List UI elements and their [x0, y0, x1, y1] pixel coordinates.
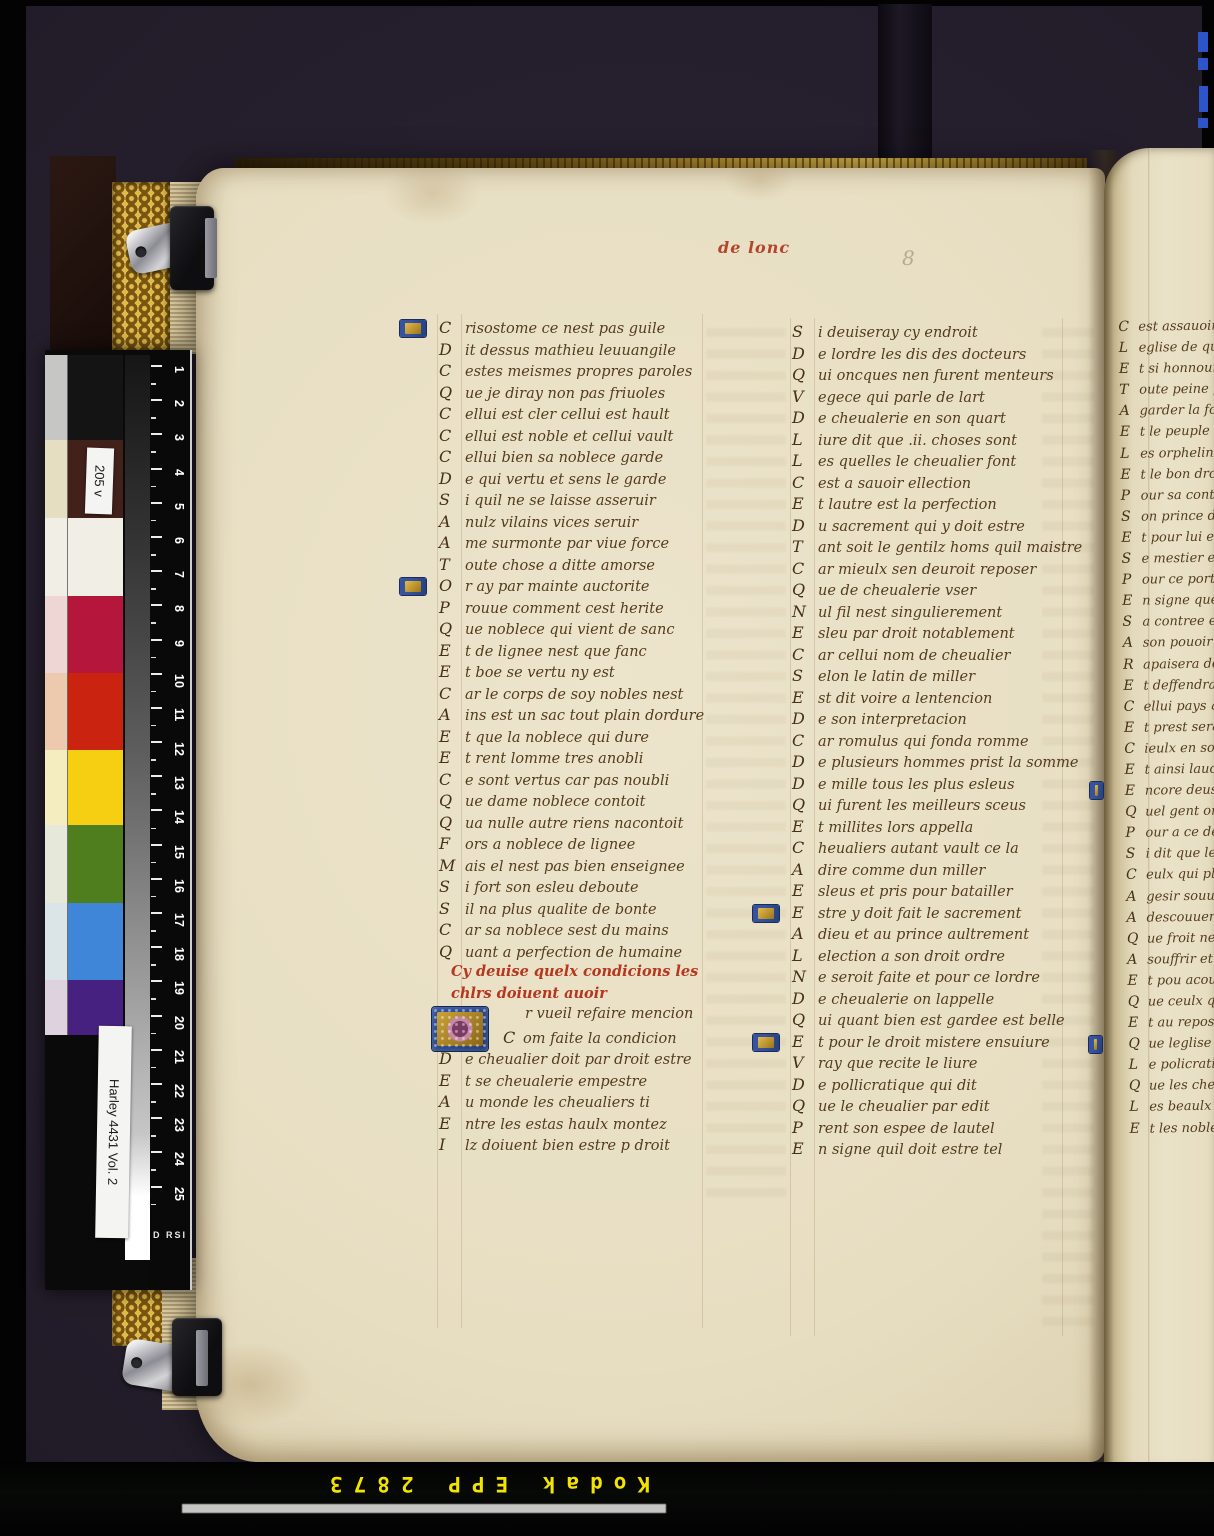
line-text: nulz vilains vices seruir — [465, 515, 638, 531]
ruler-mark: 16 — [150, 879, 190, 913]
line-initial: Q — [1126, 994, 1148, 1010]
color-patch-row — [45, 825, 123, 903]
line-text: egece qui parle de lart — [818, 390, 985, 406]
ruler-number: 15 — [172, 845, 190, 879]
manuscript-line: Et ainsi laucteur — [1122, 760, 1214, 783]
line-initial: C — [790, 559, 818, 578]
line-text: ins est un sac tout plain dordure — [465, 708, 704, 724]
manuscript-line: Que leglise ayent — [1126, 1034, 1214, 1057]
line-text: ue noblece qui vient de sanc — [465, 622, 674, 638]
line-text: ray que recite le liure — [818, 1056, 977, 1072]
line-text: es orphelins au — [1140, 445, 1214, 461]
ruler-scale: 1234567891011121314151617181920212223242… — [150, 366, 190, 1221]
ruler-mark: 13 — [150, 776, 190, 810]
line-text: e pollicratique qui dit — [818, 1078, 977, 1094]
manuscript-line: Et les nobles et ch — [1127, 1119, 1214, 1142]
manuscript-line: Ason pouoir en — [1121, 633, 1214, 656]
line-text: dieu et au prince aultrement — [818, 927, 1029, 943]
manuscript-line: De cheualerie en son quart — [790, 408, 1082, 430]
line-initial: E — [1125, 973, 1147, 989]
line-initial: Q — [1125, 930, 1147, 946]
ruler-mark: 3 — [150, 434, 190, 468]
manuscript-line: Fors a noblece de lignee — [437, 834, 704, 856]
manuscript-line: Qui oncques nen furent menteurs — [790, 365, 1082, 387]
line-initial: A — [1121, 635, 1143, 651]
color-patch — [68, 903, 123, 980]
manuscript-line: Or ay par mainte auctorite — [437, 576, 704, 598]
line-text: st dit voire a lentencion — [818, 691, 992, 707]
line-text: election a son droit ordre — [818, 949, 1005, 965]
ruler-number: 24 — [172, 1152, 190, 1186]
line-initial: Q — [790, 580, 818, 599]
line-initial: D — [790, 774, 818, 793]
line-initial: S — [1119, 508, 1141, 524]
manuscript-line: Cest assauoir qui — [1116, 317, 1214, 340]
line-initial: E — [1118, 466, 1140, 482]
line-text: our sa contree — [1141, 487, 1214, 503]
manuscript-line: Que de cheualerie vser — [790, 580, 1082, 602]
manuscript-line: Car sa noblece sest du mains — [437, 920, 704, 942]
line-text: i fort son esleu deboute — [465, 880, 639, 896]
line-initial: L — [790, 430, 818, 449]
manuscript-line: Pour ce porte lesp — [1120, 570, 1214, 593]
ruler-number: 13 — [172, 776, 190, 810]
line-initial: C — [1124, 867, 1146, 883]
manuscript-line: Et au repos tirent — [1126, 1013, 1214, 1036]
manuscript-line: De cheualerie on lappelle — [790, 989, 1082, 1011]
ruler-mark: 23 — [150, 1118, 190, 1152]
manuscript-line: Cheualiers autant vault ce la — [790, 838, 1082, 860]
ruler-number: 1 — [172, 366, 190, 400]
manuscript-line: Qui furent les meilleurs sceus — [790, 795, 1082, 817]
manuscript-line: Et le peuple et le — [1118, 423, 1214, 446]
line-initial: C — [1116, 319, 1138, 335]
manuscript-column-right: Si deuiseray cy endroitDe lordre les dis… — [790, 322, 1082, 1161]
line-text: ar sa noblece sest du mains — [465, 923, 669, 939]
manuscript-line: De son interpretacion — [790, 709, 1082, 731]
manuscript-line: Quel gent on doit — [1123, 802, 1214, 825]
manuscript-line: r vueil refaire mencion — [437, 1006, 704, 1028]
line-initial: T — [437, 555, 465, 574]
rubric-line: Cy deuise quelx condicions les — [437, 963, 704, 985]
manuscript-line: Estre y doit fait le sacrement — [790, 903, 1082, 925]
line-text: ue dame noblece contoit — [465, 794, 646, 810]
line-text: t le peuple et le — [1140, 424, 1214, 440]
line-initial: C — [437, 426, 465, 445]
manuscript-line: Sil na plus qualite de bonte — [437, 899, 704, 921]
line-initial: L — [1117, 340, 1139, 356]
line-text: u monde les cheualiers ti — [465, 1095, 650, 1111]
illuminated-initial — [1090, 782, 1103, 799]
line-initial: A — [437, 705, 465, 724]
line-text: e seroit faite et pour ce lordre — [818, 970, 1040, 986]
clip-plate — [196, 1330, 208, 1386]
line-text: gesir souuent — [1146, 888, 1214, 904]
line-text: ar cellui nom de cheualier — [818, 648, 1010, 664]
manuscript-line: Rapaisera debat — [1121, 655, 1214, 678]
line-text: rent son espee de lautel — [818, 1121, 995, 1137]
line-initial: C — [437, 447, 465, 466]
line-initial: L — [1127, 1057, 1149, 1073]
manuscript-line: Prent son espee de lautel — [790, 1118, 1082, 1140]
line-initial: S — [790, 322, 818, 341]
manuscript-line: Vray que recite le liure — [790, 1053, 1082, 1075]
line-text: Cy deuise quelx condicions les — [451, 963, 698, 980]
line-text: chlrs doiuent auoir — [451, 985, 607, 1002]
illuminated-initial — [400, 578, 426, 595]
line-initial: C — [1122, 741, 1144, 757]
light-patch — [45, 825, 68, 903]
manuscript-line: Si fort son esleu deboute — [437, 877, 704, 899]
manuscript-line: Cellui est cler cellui est hault — [437, 404, 704, 426]
line-initial: P — [437, 598, 465, 617]
line-initial: A — [437, 512, 465, 531]
ruler-number: 17 — [172, 913, 190, 947]
line-initial: Q — [437, 619, 465, 638]
manuscript-line: Que dame noblece contoit — [437, 791, 704, 813]
line-initial: Q — [1123, 804, 1145, 820]
line-text: ors a noblece de lignee — [465, 837, 635, 853]
ruler: 1234567891011121314151617181920212223242… — [150, 350, 192, 1290]
ruler-number: 18 — [172, 947, 190, 981]
line-text: e cheualerie on lappelle — [818, 992, 994, 1008]
manuscript-line: De pollicratique qui dit — [790, 1075, 1082, 1097]
manuscript-line: Au monde les cheualiers ti — [437, 1092, 704, 1114]
line-initial: S — [1120, 614, 1142, 630]
line-initial: A — [790, 924, 818, 943]
line-initial: E — [790, 881, 818, 900]
line-text: t lautre est la perfection — [818, 497, 997, 513]
line-text: me surmonte par viue force — [465, 536, 669, 552]
line-initial: A — [437, 533, 465, 552]
line-text: ais el nest pas bien enseignee — [465, 859, 685, 875]
photograph-frame: de lonc 8 Crisostome ce nest pas guileDi… — [0, 0, 1214, 1536]
line-initial: Q — [790, 795, 818, 814]
line-text: t que la noblece qui dure — [465, 730, 649, 746]
line-initial: Q — [437, 813, 465, 832]
manuscript-line: Adescouuert et a — [1125, 908, 1214, 931]
book-cover-corner — [50, 156, 116, 366]
ruler-number: 8 — [172, 605, 190, 639]
manuscript-line: Esleu par droit notablement — [790, 623, 1082, 645]
line-text: est a sauoir ellection — [818, 476, 971, 492]
line-text: ue les cheualiers — [1149, 1077, 1214, 1094]
manuscript-line: Nul fil nest singulierement — [790, 602, 1082, 624]
line-initial: E — [437, 748, 465, 767]
line-initial: C — [437, 770, 465, 789]
ruler-mark: 19 — [150, 981, 190, 1015]
line-initial: D — [437, 1049, 465, 1068]
line-text: t pou acoustum — [1147, 972, 1214, 988]
rubric-line: chlrs doiuent auoir — [437, 985, 704, 1007]
manuscript-line: Et lautre est la perfection — [790, 494, 1082, 516]
recto-column: Cest assauoir quiLeglise de qui laEt si … — [1116, 317, 1214, 1141]
line-initial: A — [1125, 951, 1147, 967]
manuscript-line: Cieulx en sont les — [1122, 739, 1214, 762]
manuscript-line: Ame surmonte par viue force — [437, 533, 704, 555]
line-initial: E — [437, 1114, 465, 1133]
ruler-number: 25 — [172, 1187, 190, 1221]
line-initial: E — [437, 662, 465, 681]
line-text: ui oncques nen furent menteurs — [818, 368, 1054, 384]
manuscript-line: Dit dessus mathieu leuuangile — [437, 340, 704, 362]
manuscript-line: Pour a ce degre a — [1123, 823, 1214, 846]
line-text: risostome ce nest pas guile — [465, 321, 665, 337]
shelfmark-label: Harley 4431 Vol. 2 — [105, 1079, 122, 1185]
manuscript-line: Cest a sauoir ellection — [790, 473, 1082, 495]
line-text: it dessus mathieu leuuangile — [465, 343, 676, 359]
line-text: u sacrement qui y doit estre — [818, 519, 1025, 535]
film-edge-mark — [1199, 86, 1208, 112]
manuscript-line: Et boe se vertu ny est — [437, 662, 704, 684]
line-text: e policratique ra — [1149, 1056, 1214, 1073]
line-text: i quil ne se laisse asseruir — [465, 493, 656, 509]
line-initial: C — [437, 920, 465, 939]
line-initial: Q — [790, 365, 818, 384]
line-text: t se cheualerie empestre — [465, 1074, 647, 1090]
ruler-mark: 2 — [150, 400, 190, 434]
manuscript-line: Et pour lui espo — [1119, 528, 1214, 551]
ruler-mark: 12 — [150, 742, 190, 776]
ruler-number: 23 — [172, 1118, 190, 1152]
manuscript-line: Qua nulle autre riens nacontoit — [437, 813, 704, 835]
line-initial: L — [790, 451, 818, 470]
line-text: sleu par droit notablement — [818, 626, 1015, 642]
manuscript-line: Les orphelins au — [1118, 444, 1214, 467]
line-text: es quelles le cheualier font — [818, 454, 1016, 470]
manuscript-line: En signe que par — [1120, 591, 1214, 614]
line-initial: D — [790, 344, 818, 363]
line-text: oute peine pre — [1139, 382, 1214, 398]
manuscript-line: Cellui est noble et cellui vault — [437, 426, 704, 448]
line-initial: C — [790, 731, 818, 750]
ruler-number: 7 — [172, 571, 190, 605]
line-initial: R — [1121, 656, 1143, 672]
line-initial: T — [1117, 382, 1139, 398]
line-text: descouuert et a — [1147, 909, 1214, 925]
manuscript-line: Si quil ne se laisse asseruir — [437, 490, 704, 512]
line-initial: S — [1124, 846, 1146, 862]
line-initial: D — [437, 340, 465, 359]
line-initial: I — [437, 1135, 465, 1154]
ruler-mark: 20 — [150, 1016, 190, 1050]
line-initial: N — [790, 967, 818, 986]
line-text: garder la foy c — [1139, 403, 1214, 419]
line-text: il na plus qualite de bonte — [465, 902, 657, 918]
line-text: ue leglise ayent — [1148, 1035, 1214, 1051]
line-initial: S — [437, 877, 465, 896]
line-initial: A — [437, 1092, 465, 1111]
manuscript-line: Adire comme dun miller — [790, 860, 1082, 882]
manuscript-line: Et deffendra des — [1121, 676, 1214, 699]
line-initial: E — [1121, 677, 1143, 693]
line-text: ncore deust bien — [1145, 782, 1214, 799]
line-text: ui furent les meilleurs sceus — [818, 798, 1026, 814]
line-text: ieulx en sont les — [1144, 740, 1214, 756]
manuscript-line: Ce sont vertus car pas noubli — [437, 770, 704, 792]
line-initial: C — [437, 361, 465, 380]
line-initial: A — [1124, 888, 1146, 904]
line-text: estes meismes propres paroles — [465, 364, 692, 380]
folio-sticker: 205 v — [85, 448, 114, 515]
ruler-mark: 18 — [150, 947, 190, 981]
running-title: de lonc — [718, 238, 790, 257]
line-text: ellui pays que la — [1144, 698, 1214, 714]
line-initial: L — [790, 946, 818, 965]
line-text: est assauoir qui — [1138, 318, 1214, 334]
ruler-mark: 24 — [150, 1152, 190, 1186]
manuscript-line: Lelection a son droit ordre — [790, 946, 1082, 968]
line-text: e mille tous les plus esleus — [818, 777, 1015, 793]
film-edge-mark — [1198, 58, 1208, 70]
ruler-number: 11 — [172, 708, 190, 742]
line-initial: S — [437, 899, 465, 918]
line-text: stre y doit fait le sacrement — [818, 906, 1021, 922]
line-text: t si honnourer — [1139, 361, 1214, 377]
line-initial: D — [790, 752, 818, 771]
line-initial: C — [437, 318, 465, 337]
manuscript-line: Esleus et pris pour batailler — [790, 881, 1082, 903]
line-text: es beaulx fais et — [1149, 1099, 1214, 1115]
manuscript-line: Agarder la foy c — [1117, 401, 1214, 424]
manuscript-line: En signe quil doit estre tel — [790, 1139, 1082, 1161]
line-text: e sont vertus car pas noubli — [465, 773, 669, 789]
line-text: ellui est noble et cellui vault — [465, 429, 673, 445]
line-text: i dit que len doit — [1146, 845, 1214, 862]
line-text: ue ceulx qui seu — [1148, 993, 1214, 1009]
manuscript-line: Car mieulx sen deuroit reposer — [790, 559, 1082, 581]
manuscript-line: Que froit ne faim — [1125, 929, 1214, 952]
line-text: i deuiseray cy endroit — [818, 325, 978, 341]
ruler-number: 6 — [172, 537, 190, 571]
line-initial: D — [437, 469, 465, 488]
manuscript-line: Et pour le droit mistere ensuiure — [790, 1032, 1082, 1054]
line-initial: E — [1119, 530, 1141, 546]
line-text: t millites lors appella — [818, 820, 973, 836]
film-edge-band: Kodak EPP 2873 — [0, 1462, 1214, 1536]
light-patch — [45, 750, 68, 825]
line-text: n signe quil doit estre tel — [818, 1142, 1002, 1158]
manuscript-line: Si dit que len doit — [1124, 844, 1214, 867]
manuscript-line: Selon le latin de miller — [790, 666, 1082, 688]
ruler-number: 19 — [172, 981, 190, 1015]
line-initial: Q — [437, 942, 465, 961]
line-text: t rent lomme tres anobli — [465, 751, 643, 767]
line-initial: D — [790, 1075, 818, 1094]
line-text: e qui vertu et sens le garde — [465, 472, 667, 488]
color-patch — [68, 596, 123, 673]
illuminated-initial — [1089, 1036, 1102, 1053]
line-initial: S — [437, 490, 465, 509]
line-initial: E — [1120, 593, 1142, 609]
line-text: uant a perfection de humaine — [465, 945, 682, 961]
line-initial: F — [437, 834, 465, 853]
manuscript-line: Est dit voire a lentencion — [790, 688, 1082, 710]
shelfmark-sticker: Harley 4431 Vol. 2 — [95, 1026, 132, 1239]
ruler-mark: 21 — [150, 1050, 190, 1084]
line-initial: C — [790, 838, 818, 857]
line-text: ua nulle autre riens nacontoit — [465, 816, 683, 832]
line-initial: Q — [1127, 1078, 1149, 1094]
line-initial: C — [790, 473, 818, 492]
ruler-mark: 8 — [150, 605, 190, 639]
line-initial: E — [1127, 1120, 1149, 1136]
illuminated-initial — [400, 320, 426, 337]
line-initial: E — [437, 1071, 465, 1090]
line-initial: E — [1117, 361, 1139, 377]
line-initial: E — [790, 1032, 818, 1051]
manuscript-line: Entre les estas haulx montez — [437, 1114, 704, 1136]
manuscript-line: Quant a perfection de humaine — [437, 942, 704, 964]
ruler-number: 9 — [172, 640, 190, 674]
manuscript-line: Que noblece qui vient de sanc — [437, 619, 704, 641]
line-initial: D — [790, 516, 818, 535]
color-patch — [68, 355, 123, 440]
manuscript-line: Agesir souuent — [1124, 887, 1214, 910]
ruler-number: 5 — [172, 503, 190, 537]
manuscript-line: Et le bon droit de — [1118, 465, 1214, 488]
manuscript-line: De cheualier doit par droit estre — [437, 1049, 704, 1071]
line-text: a contree et bien — [1142, 613, 1214, 630]
manuscript-line: Et si honnourer — [1117, 359, 1214, 382]
film-light-strip — [182, 1504, 666, 1513]
line-initial: O — [437, 576, 465, 595]
manuscript-line: Et prest sera po — [1122, 718, 1214, 741]
line-initial: E — [790, 817, 818, 836]
line-initial: C — [1122, 698, 1144, 714]
manuscript-line: Que je diray non pas friuoles — [437, 383, 704, 405]
color-patch-row — [45, 903, 123, 980]
line-text: r vueil refaire mencion — [525, 1006, 693, 1022]
line-initial: A — [1125, 909, 1147, 925]
pen-trial-mark: 8 — [902, 246, 915, 270]
manuscript-line: Liure dit que .ii. choses sont — [790, 430, 1082, 452]
line-initial: A — [790, 860, 818, 879]
line-text: on prince de ci — [1141, 508, 1214, 524]
line-text: t ainsi laucteur — [1144, 761, 1214, 777]
manuscript-line: Et que la noblece qui dure — [437, 727, 704, 749]
line-text: e cheualier doit par droit estre — [465, 1052, 692, 1068]
line-text: t le bon droit de — [1140, 466, 1214, 482]
color-patch-row — [45, 750, 123, 825]
color-patch-row — [45, 596, 123, 673]
line-text: rouue comment cest herite — [465, 601, 664, 617]
line-initial: T — [790, 537, 818, 556]
manuscript-line: De lordre les dis des docteurs — [790, 344, 1082, 366]
manuscript-line: Cestes meismes propres paroles — [437, 361, 704, 383]
manuscript-line: Les quelles le cheualier font — [790, 451, 1082, 473]
manuscript-line: Car romulus qui fonda romme — [790, 731, 1082, 753]
line-initial: Q — [1126, 1036, 1148, 1052]
ruler-mark: 10 — [150, 674, 190, 708]
line-text: om faite la condicion — [523, 1031, 677, 1047]
manuscript-line: Asouffrir et toute — [1125, 950, 1214, 973]
line-text: r ay par mainte auctorite — [465, 579, 649, 595]
line-initial: P — [790, 1118, 818, 1137]
line-initial: E — [790, 494, 818, 513]
line-initial: D — [790, 709, 818, 728]
manuscript-line: Tant soit le gentilz homs quil maistre — [790, 537, 1082, 559]
line-initial: M — [437, 856, 465, 875]
line-initial: C — [437, 684, 465, 703]
ruler-mark: 14 — [150, 810, 190, 844]
manuscript-line: Toute peine pre — [1117, 380, 1214, 403]
line-text: t deffendra des — [1143, 677, 1214, 693]
line-initial: N — [790, 602, 818, 621]
light-patch — [45, 518, 68, 596]
color-calibration-strip: 1234567891011121314151617181920212223242… — [45, 350, 190, 1290]
line-initial: C — [437, 404, 465, 423]
